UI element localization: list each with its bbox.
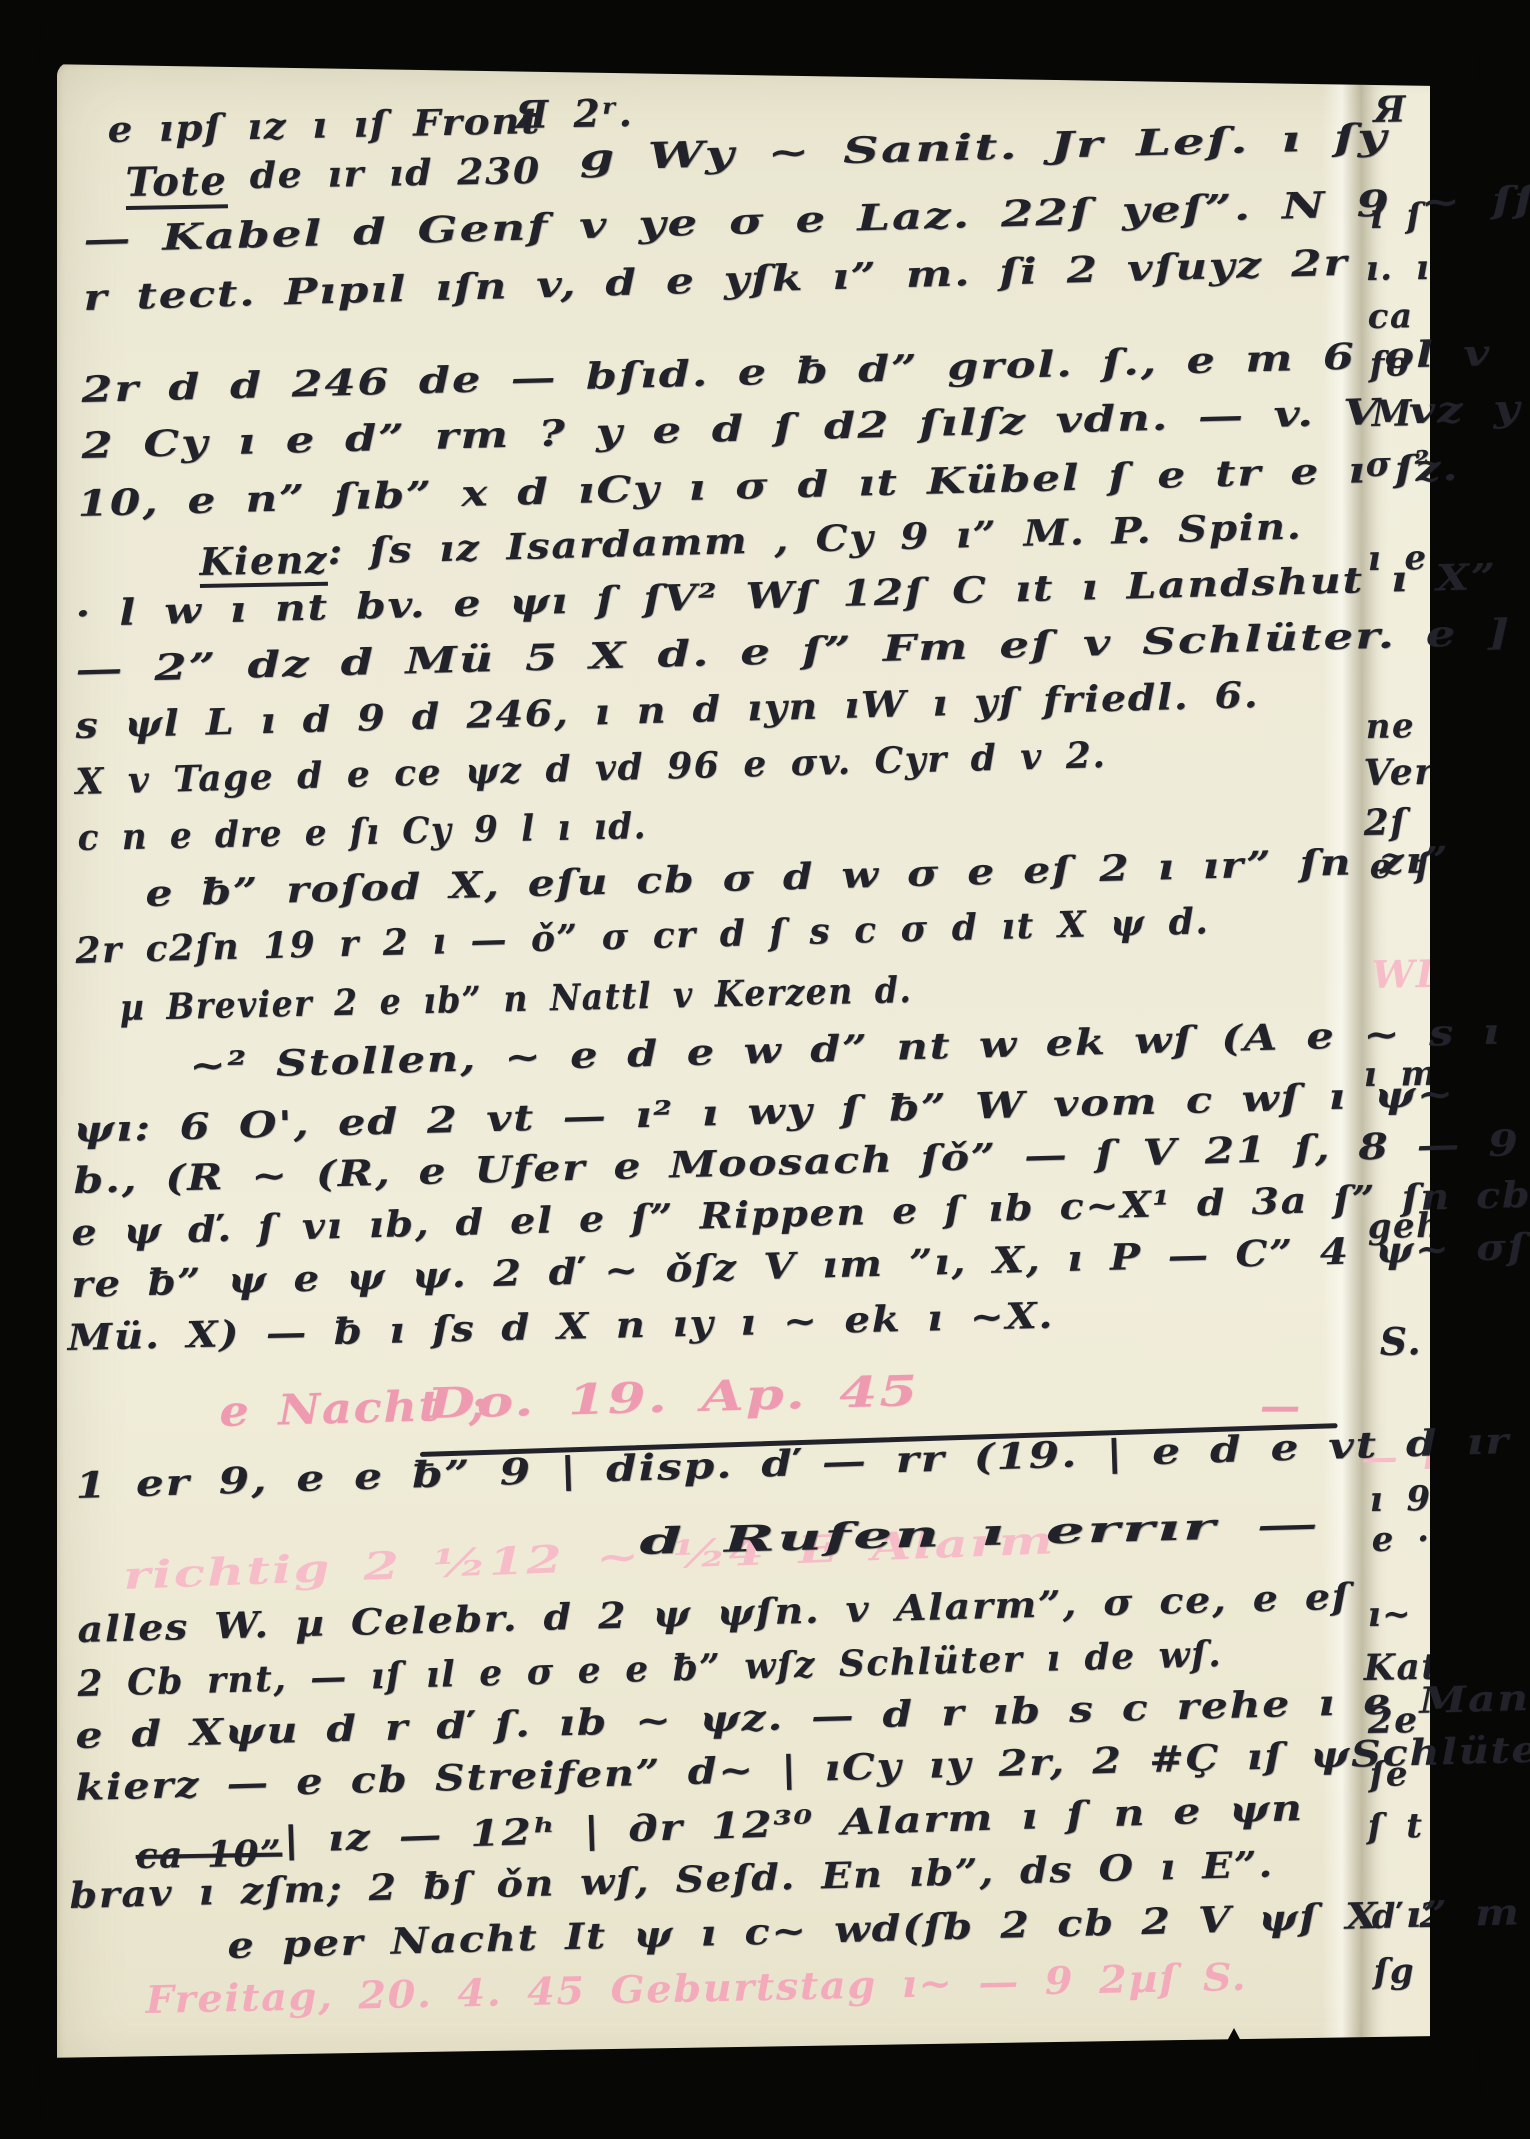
tote-heading: Tote	[125, 160, 228, 210]
facing-page-fragment: ı~	[1367, 1597, 1412, 1633]
photo-of-diary: Я tı ſı. ıcafoMσ ²ı eneVer2ſ ƀe ſWΓı mge…	[0, 0, 1530, 2139]
facing-page-fragment: ı 9	[1369, 1482, 1430, 1519]
facing-page-fragment: S.	[1379, 1321, 1422, 1362]
photo-shadow-notch	[1218, 2028, 1250, 2058]
facing-page-fragment: 2ſ ƀ	[1363, 803, 1430, 842]
facing-page-fragment: ſ t	[1367, 1809, 1423, 1846]
kienz-heading: Kienz	[199, 540, 328, 588]
facing-page-fragment: ne	[1365, 709, 1415, 746]
handwriting-line: de ır ıd 230	[249, 153, 541, 196]
facing-page-fragment: ſg	[1373, 1954, 1415, 1990]
handwriting-line: Я 2ʳ.	[514, 93, 633, 135]
date-heading-dash: —	[1260, 1386, 1302, 1428]
handwriting-line: e ıpſ ız ı ıſ Front	[107, 103, 541, 150]
facing-page-fragment: ı. ı	[1365, 251, 1430, 288]
facing-page-fragment: ca	[1367, 299, 1413, 335]
facing-page-fragment: WΓ	[1371, 954, 1430, 995]
facing-page-fragment: Ver	[1363, 754, 1430, 793]
facing-page-fragment: e ·	[1371, 1522, 1430, 1559]
